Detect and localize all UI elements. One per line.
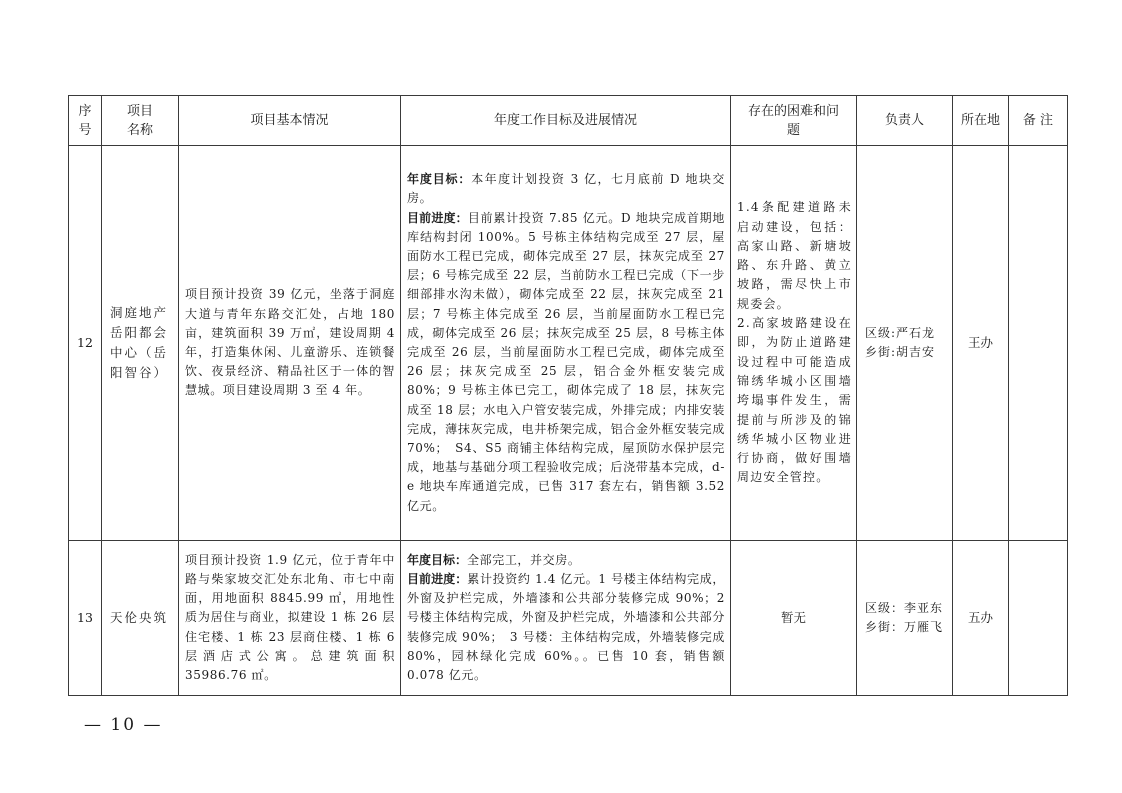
row-problems: 1.4条配建道路未启动建设，包括：高家山路、新塘坡路、东升路、黄立坡路，需尽快上… <box>731 146 857 541</box>
header-seq: 序 号 <box>69 96 102 146</box>
table-row: 12 洞庭地产岳阳都会中心（岳阳智谷） 项目预计投资 39 亿元，坐落于洞庭大道… <box>69 146 1068 541</box>
row-basic-info: 项目预计投资 39 亿元，坐落于洞庭大道与青年东路交汇处，占地 180 亩，建筑… <box>179 146 401 541</box>
header-location: 所在地 <box>953 96 1009 146</box>
current-progress-label: 目前进度： <box>407 211 468 225</box>
row-seq: 12 <box>69 146 102 541</box>
row-location: 王办 <box>953 146 1009 541</box>
row-location: 五办 <box>953 541 1009 696</box>
header-problems-line2: 题 <box>731 121 856 140</box>
row-owner: 区级:严石龙 乡街:胡吉安 <box>857 146 953 541</box>
current-progress-text: 累计投资约 1.4 亿元。1 号楼主体结构完成，外窗及护栏完成，外墙漆和公共部分… <box>407 572 725 682</box>
header-problems: 存在的困难和问 题 <box>731 96 857 146</box>
row-project-name: 洞庭地产岳阳都会中心（岳阳智谷） <box>102 146 179 541</box>
annual-goal-label: 年度目标： <box>407 172 471 186</box>
header-progress: 年度工作目标及进展情况 <box>401 96 731 146</box>
annual-goal-label: 年度目标： <box>407 553 467 567</box>
header-problems-line1: 存在的困难和问 <box>731 102 856 121</box>
row-owner: 区级：李亚东 乡街：万雁飞 <box>857 541 953 696</box>
page-number: — 10 — <box>84 715 162 735</box>
owner-district: 区级:严石龙 <box>865 324 948 343</box>
owner-district: 区级：李亚东 <box>865 599 948 618</box>
current-progress-text: 目前累计投资 7.85 亿元。D 地块完成首期地库结构封闭 100%。5 号栋主… <box>407 211 725 513</box>
header-owner: 负责人 <box>857 96 953 146</box>
header-name-line1: 项目 <box>102 102 178 121</box>
header-basic: 项目基本情况 <box>179 96 401 146</box>
row-problems: 暂无 <box>731 541 857 696</box>
table-header-row: 序 号 项目 名称 项目基本情况 年度工作目标及进展情况 存在的困难和问 题 负… <box>69 96 1068 146</box>
owner-street: 乡街：万雁飞 <box>865 618 948 637</box>
project-progress-table: 序 号 项目 名称 项目基本情况 年度工作目标及进展情况 存在的困难和问 题 负… <box>68 95 1068 696</box>
problem-item: 1.4条配建道路未启动建设，包括：高家山路、新塘坡路、东升路、黄立坡路，需尽快上… <box>737 198 852 314</box>
problem-item: 2.高家坡路建设在即，为防止道路建设过程中可能造成锦绣华城小区围墙垮塌事件发生，… <box>737 314 852 488</box>
header-seq-line2: 号 <box>69 121 101 140</box>
table-row: 13 天伦央筑 项目预计投资 1.9 亿元，位于青年中路与柴家坡交汇处东北角、市… <box>69 541 1068 696</box>
annual-goal-text: 全部完工，并交房。 <box>467 553 580 567</box>
row-basic-info: 项目预计投资 1.9 亿元，位于青年中路与柴家坡交汇处东北角、市七中南面，用地面… <box>179 541 401 696</box>
row-project-name: 天伦央筑 <box>102 541 179 696</box>
header-name: 项目 名称 <box>102 96 179 146</box>
row-seq: 13 <box>69 541 102 696</box>
row-remark <box>1009 541 1068 696</box>
row-progress: 年度目标：全部完工，并交房。 目前进度：累计投资约 1.4 亿元。1 号楼主体结… <box>401 541 731 696</box>
header-seq-line1: 序 <box>69 102 101 121</box>
header-remark: 备 注 <box>1009 96 1068 146</box>
row-progress: 年度目标：本年度计划投资 3 亿，七月底前 D 地块交房。 目前进度：目前累计投… <box>401 146 731 541</box>
row-remark <box>1009 146 1068 541</box>
header-name-line2: 名称 <box>102 121 178 140</box>
owner-street: 乡街:胡吉安 <box>865 343 948 362</box>
current-progress-label: 目前进度： <box>407 572 467 586</box>
